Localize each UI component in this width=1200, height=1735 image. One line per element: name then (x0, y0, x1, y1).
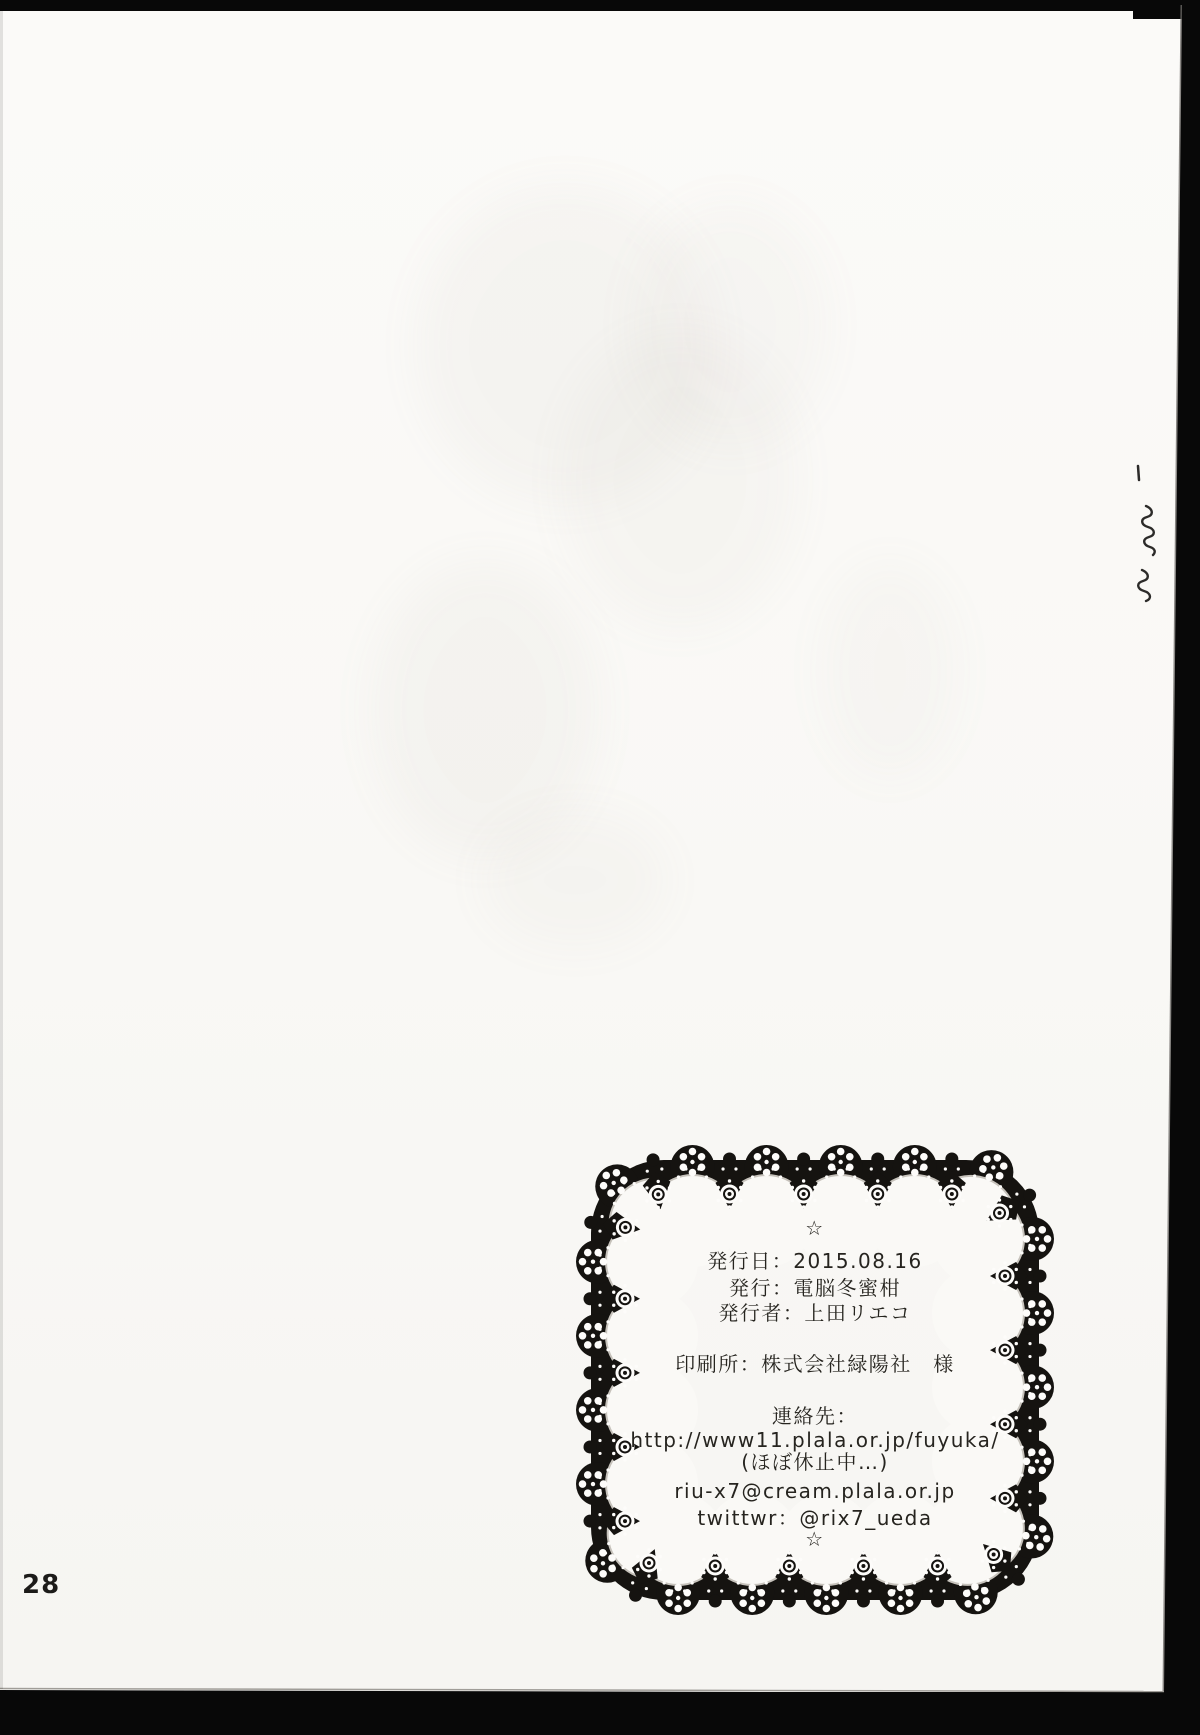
star-icon: ☆ (576, 1215, 1054, 1241)
print-bleed-ghost (820, 560, 960, 780)
star-icon: ☆ (576, 1526, 1054, 1552)
colophon-author: 発行者：上田リエコ (576, 1300, 1054, 1326)
colophon-contact-label: 連絡先： (576, 1403, 1054, 1429)
print-bleed-ghost (480, 810, 670, 950)
colophon-printer: 印刷所：株式会社緑陽社 様 (576, 1351, 1054, 1377)
scanned-page: ☆ 発行日：2015.08.16 発行：電脳冬蜜柑 発行者：上田リエコ 印刷所：… (0, 0, 1200, 1735)
colophon-publish-date: 発行日：2015.08.16 (576, 1248, 1054, 1274)
page-number: 28 (22, 1570, 60, 1600)
colophon-website-note: (ほぼ休止中…) (576, 1449, 1054, 1475)
print-bleed-ghost (630, 200, 830, 450)
colophon-email: riu-x7@cream.plala.or.jp (576, 1478, 1054, 1504)
colophon-publisher: 発行：電脳冬蜜柑 (576, 1275, 1054, 1301)
margin-squiggle-icon (1116, 458, 1164, 608)
